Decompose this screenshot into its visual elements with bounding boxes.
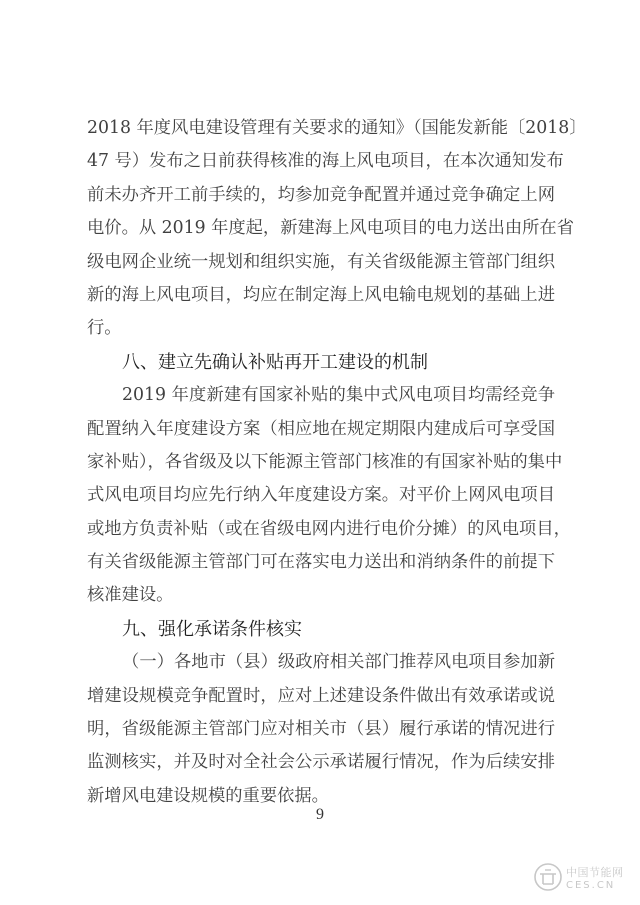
- body-line: 有关省级能源主管部门可在落实电力送出和消纳条件的前提下: [87, 546, 555, 579]
- watermark-text: 中国节能网 CES.CN: [566, 866, 624, 892]
- watermark-name-cn: 中国节能网: [566, 866, 624, 879]
- body-line: 配置纳入年度建设方案（相应地在规定期限内建成后可享受国: [87, 413, 555, 446]
- body-line: 前未办齐开工前手续的，均参加竞争配置并通过竞争确定上网: [87, 179, 555, 212]
- body-line: （一）各地市（县）级政府相关部门推荐风电项目参加新: [87, 646, 555, 679]
- body-line: 式风电项目均应先行纳入年度建设方案。对平价上网风电项目: [87, 479, 555, 512]
- section-heading-9: 九、强化承诺条件核实: [87, 613, 555, 646]
- body-line: 电价。从 2019 年度起，新建海上风电项目的电力送出由所在省: [87, 212, 555, 245]
- body-line: 2019 年度新建有国家补贴的集中式风电项目均需经竞争: [87, 379, 555, 412]
- body-line: 行。: [87, 312, 555, 345]
- body-line: 家补贴），各省级及以下能源主管部门核准的有国家补贴的集中: [87, 446, 555, 479]
- watermark: 中国节能网 CES.CN: [533, 862, 624, 896]
- page-number: 9: [0, 806, 640, 824]
- body-line: 2018 年度风电建设管理有关要求的通知》（国能发新能〔2018〕: [87, 112, 555, 145]
- body-line: 核准建设。: [87, 579, 555, 612]
- body-line: 监测核实，并及时对全社会公示承诺履行情况，作为后续安排: [87, 746, 555, 779]
- section-heading-8: 八、建立先确认补贴再开工建设的机制: [87, 346, 555, 379]
- body-line: 增建设规模竞争配置时，应对上述建设条件做出有效承诺或说: [87, 680, 555, 713]
- watermark-name-en: CES.CN: [566, 879, 624, 892]
- body-line: 新的海上风电项目，均应在制定海上风电输电规划的基础上进: [87, 279, 555, 312]
- body-line: 级电网企业统一规划和组织实施，有关省级能源主管部门组织: [87, 246, 555, 279]
- document-page: 2018 年度风电建设管理有关要求的通知》（国能发新能〔2018〕 47 号）发…: [87, 112, 555, 813]
- body-line: 明，省级能源主管部门应对相关市（县）履行承诺的情况进行: [87, 713, 555, 746]
- body-line: 47 号）发布之日前获得核准的海上风电项目，在本次通知发布: [87, 145, 555, 178]
- body-line: 或地方负责补贴（或在省级电网内进行电价分摊）的风电项目，: [87, 513, 555, 546]
- ces-logo-icon: [533, 862, 563, 896]
